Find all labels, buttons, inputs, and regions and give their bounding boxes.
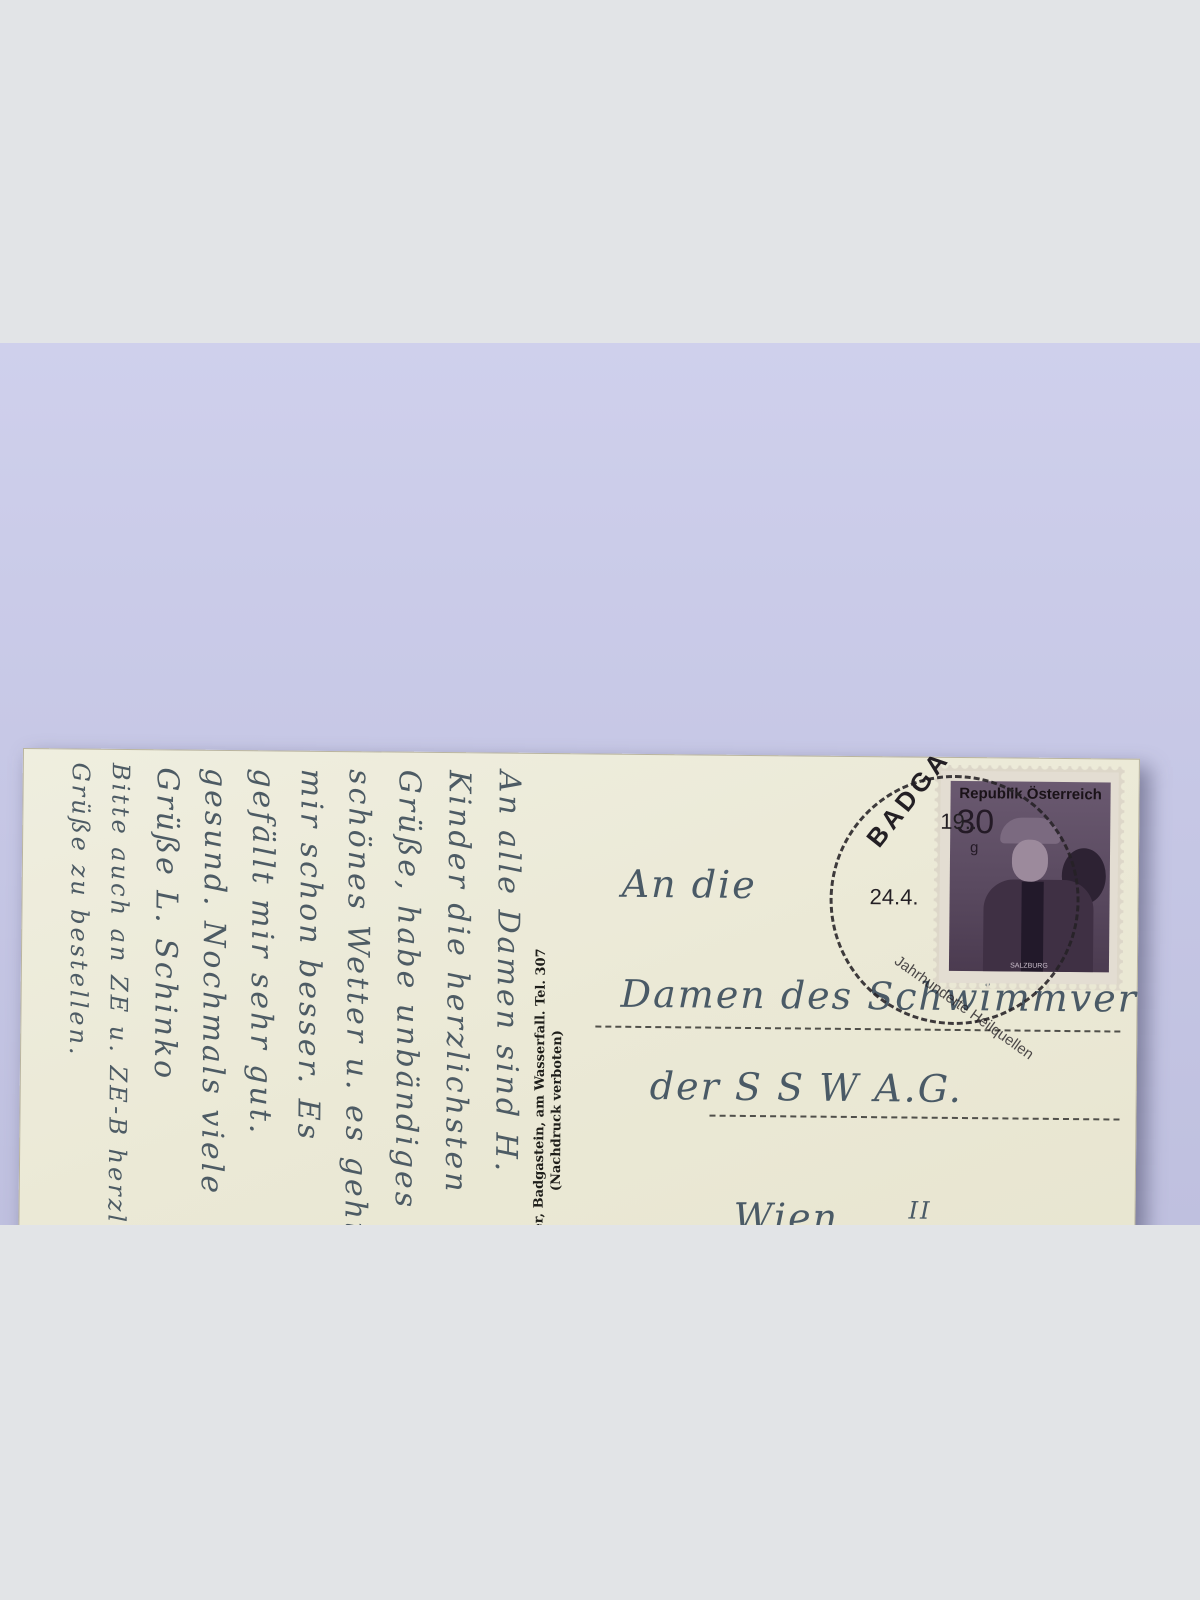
message-column: Grüße zu bestellen. — [44, 762, 95, 1225]
address-rule — [595, 1026, 1120, 1033]
address-rule — [709, 1115, 1119, 1121]
message-column: Kinder die herzlichsten — [426, 770, 477, 1225]
address-line-3: der S S W A.G. — [650, 1064, 963, 1111]
publisher-imprint: Fotohaus H. Wolfsbauer, Badgastein, am W… — [529, 771, 607, 1225]
postmark-date: 24.4. — [869, 884, 918, 910]
message-column: Grüße L. Schinko — [134, 767, 185, 1225]
message-column: An alle Damen sind H. — [476, 770, 527, 1225]
address-district: II — [908, 1197, 961, 1225]
postcard: An alle Damen sind H. Kinder die herzlic… — [16, 748, 1140, 1225]
postmark-year: 19.. — [940, 809, 977, 835]
address-line-1: An die — [622, 862, 757, 907]
message-column: Grüße, habe unbändiges — [376, 769, 427, 1225]
message-column: gefällt mir sehr gut. — [230, 768, 281, 1225]
address-line-4: Wien — [733, 1195, 839, 1225]
message-column: schönes Wetter u. es geht — [326, 769, 377, 1225]
message-column: mir schon besser. Es — [278, 769, 329, 1225]
message-column: gesund. Nochmals viele — [182, 768, 233, 1225]
photo-background: An alle Damen sind H. Kinder die herzlic… — [0, 343, 1200, 1225]
